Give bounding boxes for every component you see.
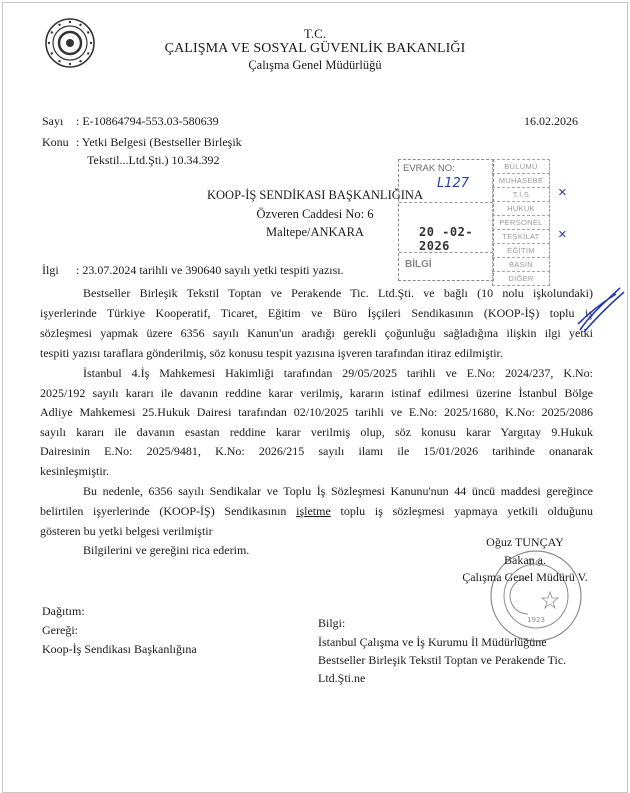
stamp-date: 20 -02- 2026 — [419, 225, 493, 253]
ilgi-label: İlgi — [42, 263, 59, 278]
geregi-recipient: Koop-İş Sendikası Başkanlığına — [42, 642, 197, 657]
bilgi-label: Bilgi: — [318, 616, 345, 631]
sayi-label: Sayı — [42, 114, 63, 129]
konu-value: : Yetki Belgesi (Bestseller Birleşik — [76, 135, 242, 150]
pen-annotation-icon — [560, 280, 630, 340]
dept-row: HUKUK — [492, 201, 584, 215]
signatory-title: Çalışma Genel Müdürü V. — [440, 570, 610, 585]
body-paragraph-1: Bestseller Birleşik Tekstil Toptan ve Pe… — [40, 283, 593, 363]
distribution-label: Dağıtım: — [42, 604, 85, 619]
ilgi-value: : 23.07.2024 tarihli ve 390640 sayılı ye… — [76, 263, 344, 278]
check-mark-icon: × — [558, 184, 567, 201]
receipt-stamp: EVRAK NO: L127 20 -02- 2026 BİLGİ — [398, 159, 494, 281]
sayi-value: : E-10864794-553.03-580639 — [76, 114, 219, 129]
signatory-on-behalf: Bakan a. — [470, 553, 580, 568]
dept-row: BÜLÜMÜ — [492, 159, 584, 173]
check-mark-icon: × — [558, 226, 567, 243]
dept-row: PERSONEL — [492, 215, 584, 229]
dept-row: BASIN — [492, 257, 584, 271]
department-routing-table: BÜLÜMÜ MUHASEBE T.İ.S× HUKUK PERSONEL TE… — [492, 159, 584, 283]
evrak-number: L127 — [437, 176, 469, 191]
document-date: 16.02.2026 — [524, 114, 578, 129]
dept-row: T.İ.S× — [492, 187, 584, 201]
signatory-name: Oğuz TUNÇAY — [470, 535, 580, 550]
underlined-word: işletme — [296, 504, 331, 518]
evrak-no-label: EVRAK NO: — [403, 163, 455, 174]
stamp-bilgi-label: BİLGİ — [405, 259, 432, 270]
konu-label: Konu — [42, 135, 69, 150]
directorate-name: Çalışma Genel Müdürlüğü — [0, 58, 630, 73]
geregi-label: Gereği: — [42, 623, 78, 638]
ministry-name: ÇALIŞMA VE SOSYAL GÜVENLİK BAKANLIĞI — [0, 41, 630, 57]
header-tc: T.C. — [0, 26, 630, 42]
bilgi-recipient-1: İstanbul Çalışma ve İş Kurumu İl Müdürlü… — [318, 635, 547, 650]
konu-value-cont: Tekstil...Ltd.Şti.) 10.34.392 — [87, 153, 220, 168]
closing-line: Bilgilerini ve gereğini rica ederim. — [83, 543, 249, 558]
dept-row: MUHASEBE — [492, 173, 584, 187]
svg-text:1923: 1923 — [527, 616, 545, 624]
bilgi-recipient-2-cont: Ltd.Şti.ne — [318, 671, 365, 686]
body-paragraph-3: Bu nedenle, 6356 sayılı Sendikalar ve To… — [40, 481, 593, 541]
body-paragraph-2: İstanbul 4.İş Mahkemesi Hakimliği tarafı… — [40, 364, 593, 481]
dept-row: EĞİTİM — [492, 243, 584, 257]
bilgi-recipient-2: Bestseller Birleşik Tekstil Toptan ve Pe… — [318, 653, 566, 668]
dept-row: TEŞKİLAT× — [492, 229, 584, 243]
